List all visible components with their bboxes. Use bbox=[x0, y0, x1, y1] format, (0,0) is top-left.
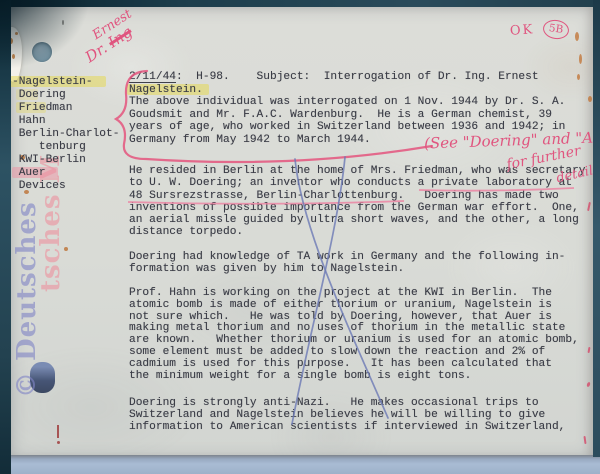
pink-underline-address bbox=[128, 201, 404, 204]
red-bottom-mark bbox=[57, 425, 59, 438]
scan-border-right bbox=[593, 0, 600, 457]
ink-strokes-overlay bbox=[0, 0, 600, 474]
scan-corner-shadow bbox=[0, 0, 90, 70]
blue-pencil-cross-stroke-1 bbox=[292, 157, 345, 424]
scanner-bed-bottom bbox=[0, 455, 600, 474]
blue-pencil-cross-stroke-2 bbox=[295, 159, 388, 418]
scanned-document-page: © Deutsches tsches M -Nagelstein- Doerin… bbox=[0, 0, 600, 474]
pink-underline-laboratory bbox=[419, 188, 574, 191]
handwriting-ok: OK bbox=[510, 22, 535, 39]
red-bottom-mark-dot bbox=[57, 441, 60, 444]
red-brace-stroke bbox=[116, 71, 432, 162]
scan-border-left bbox=[0, 0, 11, 474]
scan-border-top bbox=[0, 0, 600, 7]
